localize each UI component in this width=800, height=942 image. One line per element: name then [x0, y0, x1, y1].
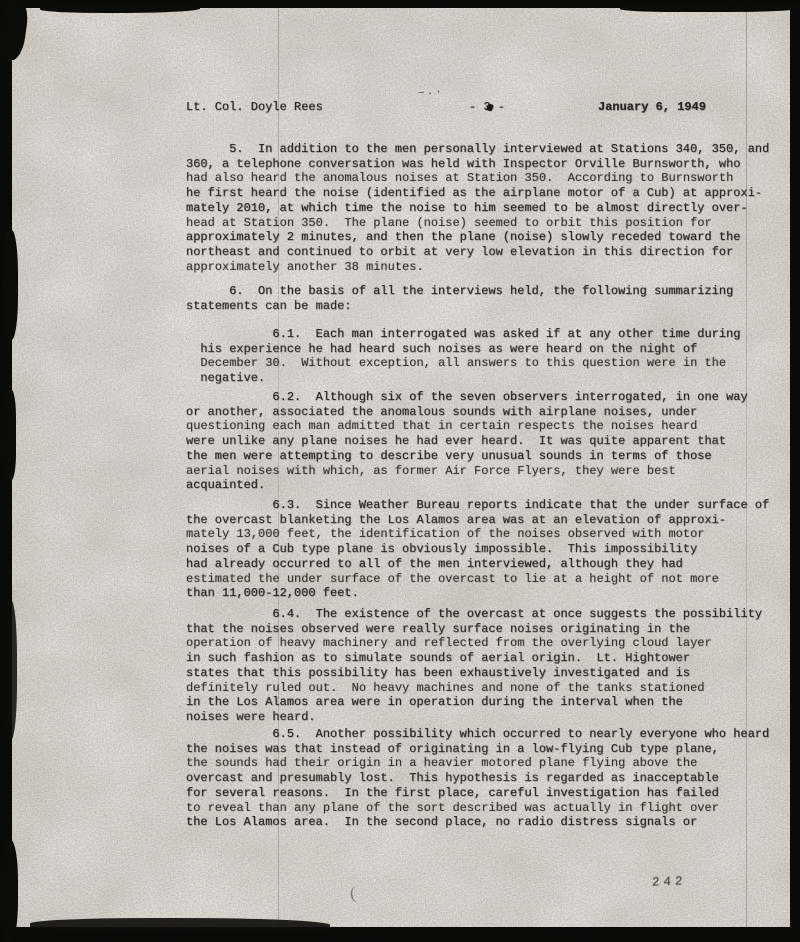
- text-line: 6.3. Since Weather Bureau reports indica…: [186, 498, 786, 513]
- text-line: the overcast blanketing the Los Alamos a…: [186, 513, 786, 528]
- text-line: overcast and presumably lost. This hypot…: [186, 771, 786, 786]
- text-line: 6.2. Although six of the seven observers…: [186, 390, 786, 405]
- text-line: definitely ruled out. No heavy machines …: [186, 681, 786, 696]
- header-date: January 6, 1949: [598, 100, 706, 115]
- text-line: noises of a Cub type plane is obviously …: [186, 542, 786, 557]
- text-line: statements can be made:: [186, 299, 786, 314]
- text-line: 360, a telephone conversation was held w…: [186, 157, 786, 172]
- text-line: he first heard the noise (identified as …: [186, 186, 786, 201]
- text-line: questioning each man admitted that in ce…: [186, 419, 786, 434]
- paragraph-6-4: 6.4. The existence of the overcast at on…: [186, 607, 786, 725]
- text-line: estimated the under surface of the overc…: [186, 572, 786, 587]
- ink-squiggle-mark: ~..: [417, 83, 445, 100]
- paragraph-6-5: 6.5. Another possibility which occurred …: [186, 727, 786, 830]
- text-line: were unlike any plane noises he had ever…: [186, 434, 786, 449]
- text-line: had also heard the anomalous noises at S…: [186, 171, 786, 186]
- scan-edge-blob: [2, 600, 17, 740]
- text-line: in the Los Alamos area were in operation…: [186, 695, 786, 710]
- text-line: that the noises observed were really sur…: [186, 622, 786, 637]
- text-line: 6.4. The existence of the overcast at on…: [186, 607, 786, 622]
- document-header: Lt. Col. Doyle Rees - 3 - January 6, 194…: [186, 100, 776, 115]
- text-line: had already occurred to all of the men i…: [186, 557, 786, 572]
- text-line: in such fashion as to simulate sounds of…: [186, 651, 786, 666]
- text-line: the noises was that instead of originati…: [186, 742, 786, 757]
- scan-edge-blob: [2, 230, 18, 340]
- text-line: 6.1. Each man interrogated was asked if …: [186, 327, 786, 342]
- paragraph-6-2: 6.2. Although six of the seven observers…: [186, 390, 786, 493]
- scan-edge-blob: [30, 918, 330, 932]
- text-line: to reveal than any plane of the sort des…: [186, 801, 786, 816]
- text-line: noises were heard.: [186, 710, 786, 725]
- text-line: acquainted.: [186, 478, 786, 493]
- text-line: northeast and continued to orbit at very…: [186, 245, 786, 260]
- text-line: approximately another 38 minutes.: [186, 260, 786, 275]
- text-line: than 11,000-12,000 feet.: [186, 586, 786, 601]
- text-line: mately 2010, at which time the noise to …: [186, 201, 786, 216]
- text-line: the men were attempting to describe very…: [186, 449, 786, 464]
- paragraph-6-3: 6.3. Since Weather Bureau reports indica…: [186, 498, 786, 601]
- text-line: states that this possibility has been ex…: [186, 666, 786, 681]
- text-line: negative.: [186, 371, 786, 386]
- header-recipient: Lt. Col. Doyle Rees: [186, 100, 323, 115]
- scan-edge-blob: [1, 390, 16, 480]
- text-line: head at Station 350. The plane (noise) s…: [186, 216, 786, 231]
- text-line: approximately 2 minutes, and then the pl…: [186, 230, 786, 245]
- paragraph-6-1: 6.1. Each man interrogated was asked if …: [186, 327, 786, 386]
- scan-edge-right: [790, 0, 800, 942]
- text-line: 6. On the basis of all the interviews he…: [186, 284, 786, 299]
- text-line: 5. In addition to the men personally int…: [186, 142, 786, 157]
- scan-edge-blob: [40, 4, 200, 13]
- page-number-stamp: 242: [652, 874, 687, 889]
- text-line: for several reasons. In the first place,…: [186, 786, 786, 801]
- text-line: his experience he had heard such noises …: [186, 342, 786, 357]
- paragraph-6: 6. On the basis of all the interviews he…: [186, 284, 786, 313]
- scanned-document-page: Lt. Col. Doyle Rees - 3 - January 6, 194…: [0, 0, 800, 942]
- scan-edge-blob: [0, 840, 18, 942]
- text-line: operation of heavy machinery and reflect…: [186, 636, 786, 651]
- text-line: the Los Alamos area. In the second place…: [186, 815, 786, 830]
- paragraph-5: 5. In addition to the men personally int…: [186, 142, 786, 274]
- header-page-number: - 3 -: [469, 100, 505, 115]
- text-line: mately 13,000 feet, the identification o…: [186, 527, 786, 542]
- text-line: or another, associated the anomalous sou…: [186, 405, 786, 420]
- scan-edge-blob: [0, 0, 30, 62]
- text-line: aerial noises with which, as former Air …: [186, 464, 786, 479]
- text-line: 6.5. Another possibility which occurred …: [186, 727, 786, 742]
- text-line: December 30. Without exception, all answ…: [186, 356, 786, 371]
- ink-paren-mark: (: [349, 884, 357, 905]
- scan-edge-blob: [620, 2, 800, 12]
- text-line: the sounds had their origin in a heavier…: [186, 756, 786, 771]
